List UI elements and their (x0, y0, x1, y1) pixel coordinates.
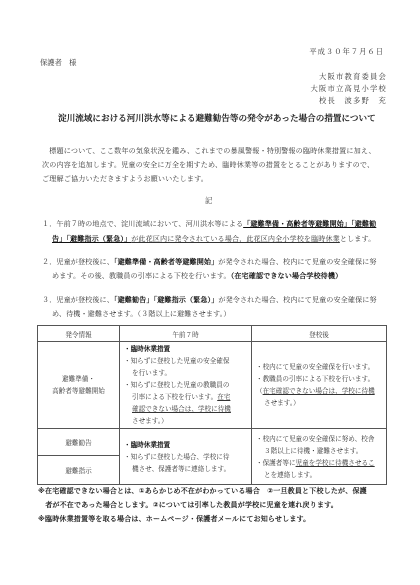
item-2-text: ２．児童が登校後に、 (42, 257, 114, 266)
header-info: 発令情報 (38, 326, 120, 342)
item-1-line-1: １．午前７時の地点で、淀川流域において、河川洪水等による「避難準備・高齢者等避難… (42, 219, 376, 229)
row23-after: ・校内にて児童の安全確保に努め、校舎 ３階以上に待機・避難させます。 ・保護者等… (252, 429, 387, 485)
row23-am-b1-cont: 機させ、保護者等に連絡します。 (124, 463, 251, 475)
item-2-line-1: ２．児童が登校後に、「避難準備・高齢者等避難開始」が発令された場合、校内にて児童… (42, 257, 377, 267)
row23-after-text: ・保護者等に (256, 459, 296, 467)
row23-after-4: とを連絡します。 (256, 469, 386, 481)
item-3-warning: 「避難勧告」「避難指示（緊急）」 (114, 295, 218, 304)
row1-info-2: 高齢者等避難開始 (38, 385, 119, 397)
item-3-line-1: ３．児童が登校後に、「避難勧告」「避難指示（緊急）」が発令された場合、校内にて児… (42, 295, 377, 305)
sender-principal: 校長 波多野 充 (319, 96, 387, 106)
row23-after-u: 児童を学校に待機させるこ (296, 459, 375, 467)
item-2-line-2: めます。その後、教職員の引率による下校を行います。（在宅確認できない場合学校待機… (52, 271, 342, 281)
row1-after-2: ・教職員の引率による下校を行います。 (256, 373, 386, 385)
intro-line-3: ご理解ご協力いただきますようお願いいたします。 (42, 174, 208, 184)
row1-am-b1-cont: を行います。 (124, 367, 251, 379)
document-title: 淀川流域における河川洪水等による避難勧告等の発令があった場合の措置について (58, 112, 376, 124)
row23-am-b1: ・知らずに登校した場合、学校に待 (124, 451, 251, 463)
item-1-warning-2: 告」「避難指示（緊急）」 (52, 234, 131, 243)
item-2-warning: 「避難準備・高齢者等避難開始」 (114, 257, 218, 266)
row1-am-b2-end: させます。） (124, 415, 251, 427)
row23-after-1: ・校内にて児童の安全確保に努め、校舎 (256, 433, 386, 445)
sender-school: 大阪市立高見小学校 (311, 84, 387, 94)
row1-am-b2-cont: 引率による下校を行います。在宅 (124, 391, 251, 403)
row1-am-b2: ・知らずに登校した児童の教職員の (124, 379, 251, 391)
item-1-end: とします。 (340, 234, 375, 243)
row3-info: 避難指示 (38, 456, 120, 485)
item-3-text: ３．児童が登校後に、 (42, 295, 114, 304)
header-7am: 午前７時 (120, 326, 252, 342)
row1-am-b1: ・知らずに登校した児童の安全確保 (124, 355, 251, 367)
item-2-text-3: めます。その後、教職員の引率による下校を行います。 (52, 271, 231, 280)
row1-after-3: （在宅確認できない場合は、学校に待機 (256, 385, 386, 397)
row1-am-b2-u2: 確認できない場合は、学校に待機 (124, 403, 251, 415)
addressee: 保護者 様 (40, 58, 76, 68)
row1-after-paren: （ (256, 387, 263, 395)
row1-7am: ・臨時休業措置 ・知らずに登校した児童の安全確保 を行います。 ・知らずに登校し… (120, 342, 252, 429)
item-3-line-2: め、待機・避難させます。（３階以上に避難させます。） (52, 309, 231, 319)
item-1-text: １．午前７時の地点で、淀川流域において、河川洪水等による (42, 219, 243, 228)
document-date: 平成３０年７月６日 (309, 47, 384, 57)
item-2-note: （在宅確認できない場合学校待機） (231, 271, 343, 280)
row1-after: ・校内にて児童の安全確保を行います。 ・教職員の引率による下校を行います。 （在… (252, 342, 387, 429)
row23-after-2: ３階以上に待機・避難させます。 (256, 445, 386, 457)
row23-am-heading: ・臨時休業措置 (124, 439, 251, 451)
row1-info-1: 避難準備・ (38, 373, 119, 385)
row1-am-b2-u: 在宅 (217, 393, 230, 401)
intro-line-2: 次の内容を追加します。児童の安全に万全を期すため、臨時休業等の措置をとることがあ… (42, 160, 374, 170)
row23-7am: ・臨時休業措置 ・知らずに登校した場合、学校に待 機させ、保護者等に連絡します。 (120, 429, 252, 485)
item-3-text-2: が発令された場合、校内にて児童の安全確保に努 (218, 295, 376, 304)
ki-heading: 記 (205, 196, 212, 206)
note-1: ※在宅確認できない場合とは、①あらかじめ不在がわかっている場合 ②一旦教員と下校… (38, 486, 367, 496)
row1-am-b2-text: 引率による下校を行います。 (132, 393, 217, 401)
row1-am-heading: ・臨時休業措置 (124, 343, 251, 355)
header-after-school: 登校後 (252, 326, 387, 342)
row2-info: 避難勧告 (38, 429, 120, 456)
note-2: 者が不在であった場合とします。②については引率した教員が学校に児童を連れ戻ります… (38, 500, 338, 510)
row1-after-1: ・校内にて児童の安全確保を行います。 (256, 361, 386, 373)
row1-after-4: させます。） (256, 397, 386, 409)
intro-line-1: 標題について、ここ数年の気象状況を鑑み、これまでの暴風警報・特別警報の臨時休業措… (42, 146, 376, 156)
item-1-closure: が此花区内に発令されている場合，此花区内全小学校を臨時休業 (131, 234, 340, 243)
item-1-warning: 「避難準備・高齢者等避難開始」「避難勧 (243, 219, 376, 228)
note-3: ※臨時休業措置等を取る場合は、ホームページ・保護者メールにてお知らせします。 (38, 514, 310, 524)
measures-table: 発令情報 午前７時 登校後 避難準備・ 高齢者等避難開始 ・臨時休業措置 ・知ら… (37, 325, 387, 485)
row23-after-3: ・保護者等に児童を学校に待機させるこ (256, 457, 386, 469)
row1-after-u: 在宅確認できない場合は、学校に待機 (263, 387, 375, 395)
item-1-line-2: 告」「避難指示（緊急）」が此花区内に発令されている場合，此花区内全小学校を臨時休… (52, 234, 375, 244)
sender-board: 大阪市教育委員会 (319, 72, 387, 82)
row1-info: 避難準備・ 高齢者等避難開始 (38, 342, 120, 429)
item-2-text-2: が発令された場合、校内にて児童の安全確保に努 (218, 257, 376, 266)
